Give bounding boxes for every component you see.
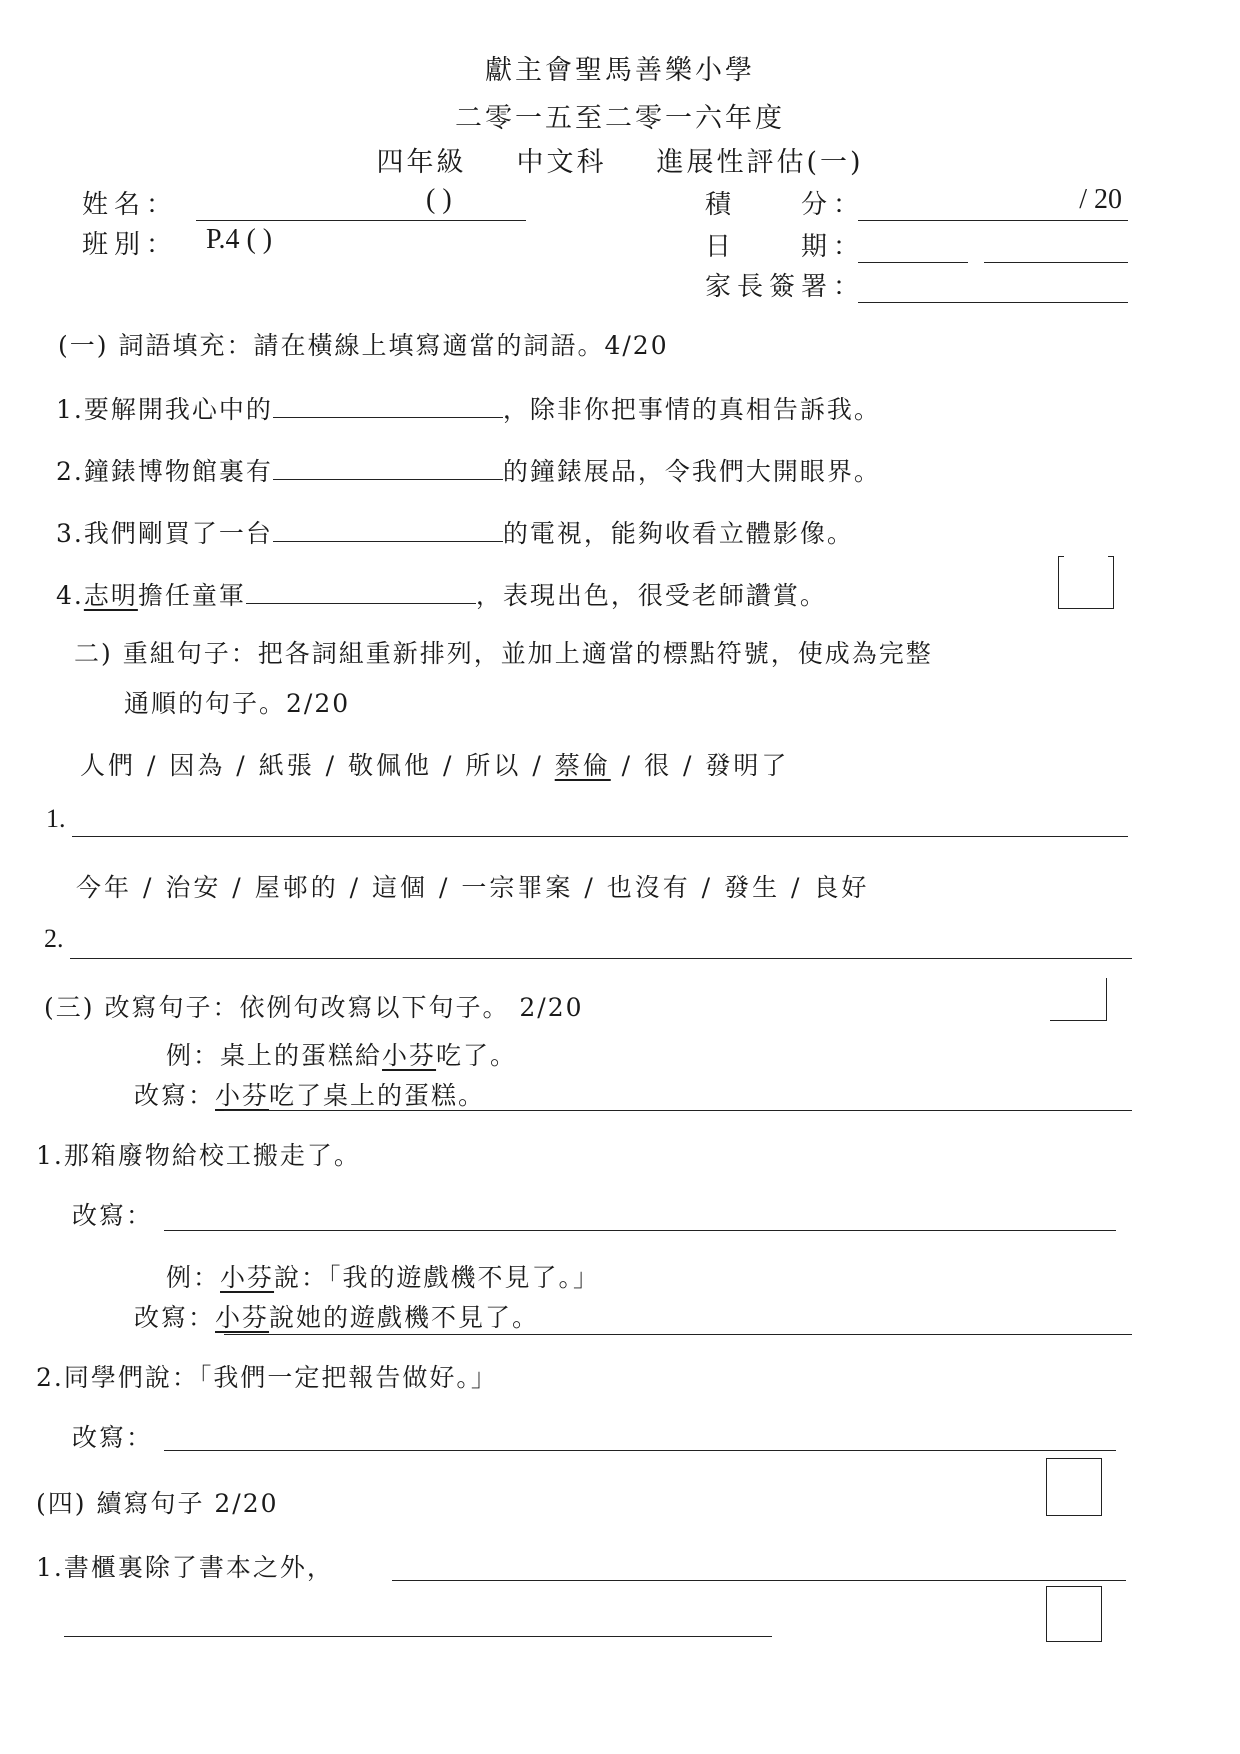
word-list-1: 人們 / 因為 / 紙張 / 敬佩他 / 所以 / 蔡倫 / 很 / 發明了: [80, 746, 789, 782]
example-1: 例：桌上的蛋糕給小芬吃了。: [166, 1036, 517, 1072]
score-total: / 20: [1079, 184, 1122, 216]
score-field[interactable]: / 20: [858, 184, 1128, 221]
question-text-before: 擔任童軍: [138, 581, 246, 610]
section-3-heading: (三) 改寫句子：依例句改寫以下句子。 2/20: [44, 988, 584, 1024]
word-chip-underlined: 蔡倫: [555, 751, 611, 780]
section-2-heading-line1: 二) 重組句子：把各詞組重新排列，並加上適當的標點符號，使成為完整: [74, 634, 933, 670]
question-text-after: ，表現出色，很受老師讚賞。: [476, 581, 827, 610]
question-text-before: 鐘錶博物館裏有: [84, 457, 273, 486]
class-number-paren: ( ): [426, 184, 452, 216]
word-chip: 一宗罪案: [461, 873, 573, 902]
school-name: 獻主會聖馬善樂小學: [0, 48, 1240, 87]
example-text: 吃了。: [436, 1041, 517, 1070]
section-1-heading: (一) 詞語填充：請在橫線上填寫適當的詞語。4/20: [58, 326, 669, 362]
proper-noun: 志明: [84, 581, 138, 610]
word-chip: 人們: [80, 751, 136, 780]
reorder-q1-answer-line[interactable]: [72, 836, 1128, 837]
word-chip: 這個: [372, 873, 428, 902]
section-1-q2: 2.鐘錶博物館裏有的鐘錶展品，令我們大開眼界。: [56, 452, 881, 488]
question-number: 3.: [56, 519, 84, 548]
class-field[interactable]: P.4 ( ): [206, 224, 272, 256]
section-3-q1-answer-line[interactable]: [164, 1230, 1116, 1231]
rewrite-label: 改寫：: [134, 1303, 215, 1332]
example-2: 例：小芬說：「我的遊戲機不見了。」: [166, 1258, 600, 1294]
word-chip: 因為: [169, 751, 225, 780]
date-field-part2[interactable]: [984, 262, 1128, 263]
answer-blank[interactable]: [273, 455, 503, 480]
class-label: 班別：: [82, 224, 178, 261]
section-4-q1-answer-line-2[interactable]: [64, 1636, 772, 1637]
rewrite-text: 說她的遊戲機不見了。: [269, 1303, 539, 1332]
answer-blank[interactable]: [273, 517, 503, 542]
reorder-q2-answer-line[interactable]: [70, 958, 1132, 959]
proper-noun: 小芬: [215, 1303, 269, 1332]
word-chip: 屋邨的: [255, 873, 339, 902]
section-4-q1-answer-line-1[interactable]: [392, 1580, 1126, 1581]
name-label: 姓名：: [82, 184, 178, 221]
proper-noun: 小芬: [215, 1081, 269, 1110]
grade: 四年級: [376, 147, 466, 178]
date-field-part1[interactable]: [858, 262, 968, 263]
example-1-rewrite: 改寫：小芬吃了桌上的蛋糕。: [134, 1076, 485, 1112]
word-list-2: 今年 / 治安 / 屋邨的 / 這個 / 一宗罪案 / 也沒有 / 發生 / 良…: [76, 868, 869, 904]
answer-blank[interactable]: [246, 579, 476, 604]
score-box-section-4a[interactable]: [1046, 1458, 1102, 1516]
example-2-rewrite-line: [224, 1334, 1132, 1335]
question-text-before: 要解開我心中的: [84, 395, 273, 424]
section-3-q2-answer-line[interactable]: [164, 1450, 1116, 1451]
example-text: 桌上的蛋糕給: [220, 1041, 382, 1070]
section-1-q1: 1.要解開我心中的，除非你把事情的真相告訴我。: [56, 390, 881, 426]
word-chip: 所以: [465, 751, 521, 780]
section-1-q4: 4.志明擔任童軍，表現出色，很受老師讚賞。: [56, 576, 827, 612]
section-1-q3: 3.我們剛買了一台的電視，能夠收看立體影像。: [56, 514, 854, 550]
parent-signature-field[interactable]: [858, 302, 1128, 303]
word-chip: 發生: [724, 873, 780, 902]
proper-noun: 小芬: [382, 1041, 436, 1070]
section-3-q2-rewrite-label: 改寫：: [72, 1418, 153, 1454]
rewrite-text: 吃了桌上的蛋糕。: [269, 1081, 485, 1110]
example-label: 例：: [166, 1263, 220, 1292]
reorder-q2-number: 2.: [44, 924, 64, 954]
score-box-section-1[interactable]: [1058, 556, 1114, 609]
name-field[interactable]: ( ): [196, 184, 526, 221]
question-text-before: 我們剛買了一台: [84, 519, 273, 548]
word-chip: 良好: [813, 873, 869, 902]
word-chip: 很: [644, 751, 672, 780]
assessment-line: 四年級中文科進展性評估(一): [0, 140, 1240, 179]
section-4-heading: (四) 續寫句子 2/20: [36, 1484, 279, 1520]
school-year: 二零一五至二零一六年度: [0, 96, 1240, 135]
word-chip: 紙張: [259, 751, 315, 780]
example-1-rewrite-line: [224, 1110, 1132, 1111]
section-4-q1: 1.書櫃裏除了書本之外，: [36, 1548, 334, 1584]
word-chip: 也沒有: [607, 873, 691, 902]
score-box-section-3[interactable]: [1050, 978, 1107, 1021]
assessment-title: 進展性評估(一): [656, 147, 863, 178]
proper-noun: 小芬: [220, 1263, 274, 1292]
score-label: 積 分：: [705, 184, 865, 221]
word-chip: 敬佩他: [348, 751, 432, 780]
section-3-q1: 1.那箱廢物給校工搬走了。: [36, 1136, 361, 1172]
score-box-section-4b[interactable]: [1046, 1586, 1102, 1642]
section-3-q1-rewrite-label: 改寫：: [72, 1196, 153, 1232]
question-number: 2.: [56, 457, 84, 486]
question-text-after: 的電視，能夠收看立體影像。: [503, 519, 854, 548]
section-3-q2: 2.同學們說：「我們一定把報告做好。」: [36, 1358, 498, 1394]
example-label: 例：: [166, 1041, 220, 1070]
section-2-heading-line2: 通順的句子。2/20: [124, 684, 350, 720]
word-chip: 治安: [165, 873, 221, 902]
word-chip: 今年: [76, 873, 132, 902]
example-text: 說：「我的遊戲機不見了。」: [274, 1263, 600, 1292]
reorder-q1-number: 1.: [46, 804, 66, 834]
question-number: 4.: [56, 581, 84, 610]
question-text-after: ，除非你把事情的真相告訴我。: [503, 395, 881, 424]
word-chip: 發明了: [705, 751, 789, 780]
parent-signature-label: 家長簽署：: [705, 266, 865, 303]
question-text-after: 的鐘錶展品，令我們大開眼界。: [503, 457, 881, 486]
date-label: 日 期：: [705, 226, 865, 263]
answer-blank[interactable]: [273, 393, 503, 418]
question-number: 1.: [56, 395, 84, 424]
rewrite-label: 改寫：: [134, 1081, 215, 1110]
subject: 中文科: [516, 147, 606, 178]
example-2-rewrite: 改寫：小芬說她的遊戲機不見了。: [134, 1298, 539, 1334]
